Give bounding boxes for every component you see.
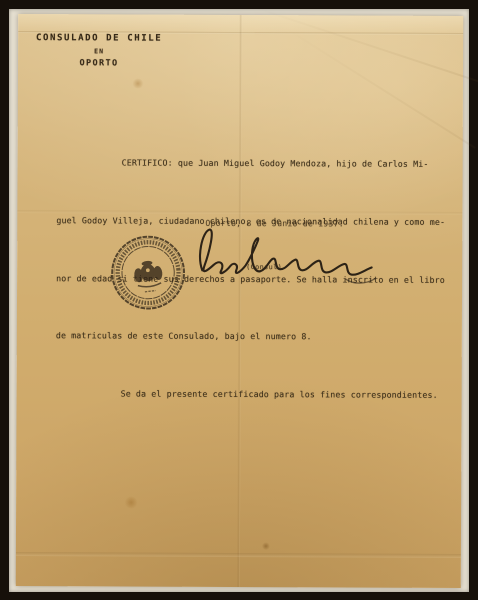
diagonal-crease [249, 5, 478, 88]
photo-mat: CONSULADO DE CHILE EN OPORTO CERTIFICO: … [9, 9, 469, 592]
paper-stain [262, 542, 270, 550]
horizontal-crease-bottom [16, 552, 461, 558]
body-line: Se da el presente certificado para los f… [56, 384, 436, 405]
consular-seal-stamp-icon [109, 228, 187, 316]
paper-top-fold-highlight [18, 14, 463, 33]
document-paper: CONSULADO DE CHILE EN OPORTO CERTIFICO: … [16, 14, 463, 588]
consul-signature-ink [178, 217, 386, 289]
consul-label: (Consul) [246, 263, 282, 271]
letterhead-line-en: EN [34, 47, 164, 56]
paper-stain [124, 496, 138, 508]
scanned-document-photo: CONSULADO DE CHILE EN OPORTO CERTIFICO: … [0, 0, 478, 600]
letterhead-line-oporto: OPORTO [34, 58, 164, 69]
letterhead-line-consulado: CONSULADO DE CHILE [34, 33, 164, 44]
body-line: de matriculas de este Consulado, bajo el… [56, 326, 436, 347]
letterhead: CONSULADO DE CHILE EN OPORTO [34, 33, 164, 69]
paper-stain [132, 79, 144, 89]
body-line: CERTIFICO: que Juan Miguel Godoy Mendoza… [57, 154, 437, 175]
